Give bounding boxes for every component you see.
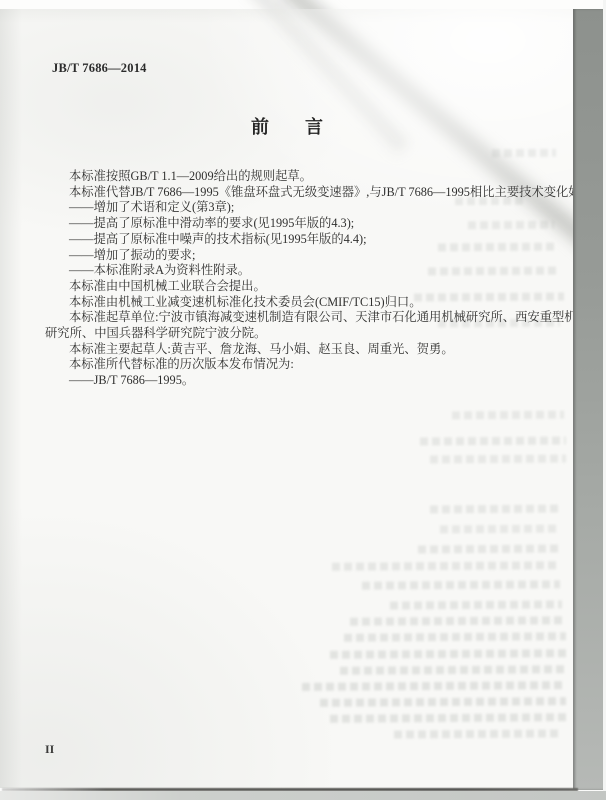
bleed-through-line — [390, 600, 562, 609]
bleed-through-line — [452, 411, 564, 420]
bleed-through-line — [430, 505, 560, 514]
book-edge-shadow — [573, 9, 603, 790]
body-paragraph: 本标准起草单位:宁波市镇海减变速机制造有限公司、天津市石化通用机械研究所、西安重… — [45, 310, 567, 326]
body-paragraph: 本标准按照GB/T 1.1—2009给出的规则起草。 — [45, 169, 567, 185]
bleed-through-line — [344, 632, 566, 642]
foreword-body: 本标准按照GB/T 1.1—2009给出的规则起草。 本标准代替JB/T 768… — [45, 169, 567, 389]
page-title: 前 言 — [0, 113, 574, 139]
bleed-through-line — [320, 697, 566, 707]
bleed-through-line — [330, 713, 566, 723]
scan-background: { "document": { "code": "JB/T 7686—2014"… — [0, 0, 606, 800]
document-page: JB/T 7686—2014 前 言 本标准按照GB/T 1.1—2009给出的… — [0, 9, 574, 788]
body-paragraph: ——JB/T 7686—1995。 — [45, 373, 567, 389]
doc-code: JB/T 7686—2014 — [52, 61, 147, 76]
bleed-through-line — [420, 436, 566, 445]
page-number: II — [45, 742, 54, 757]
bleed-through-line — [340, 665, 568, 675]
body-paragraph: ——本标准附录A为资料性附录。 — [45, 263, 567, 279]
body-paragraph: 本标准所代替标准的历次版本发布情况为: — [45, 357, 567, 373]
bleed-through-line — [492, 149, 556, 157]
bleed-through-line — [330, 649, 568, 659]
body-paragraph: ——增加了术语和定义(第3章); — [45, 200, 567, 216]
bleed-through-line — [418, 545, 560, 554]
bleed-through-line — [362, 580, 560, 589]
body-paragraph: 本标准代替JB/T 7686—1995《锥盘环盘式无级变速器》,与JB/T 76… — [45, 185, 567, 201]
body-paragraph-continuation: 研究所、中国兵器科学研究院宁波分院。 — [45, 326, 567, 342]
bleed-through-line — [394, 729, 562, 738]
body-paragraph: 本标准由中国机械工业联合会提出。 — [45, 279, 567, 295]
body-paragraph: 本标准由机械工业减变速机标准化技术委员会(CMIF/TC15)归口。 — [45, 295, 567, 311]
body-paragraph: ——增加了振动的要求; — [45, 248, 567, 264]
bleed-through-line — [440, 525, 556, 534]
bleed-through-line — [350, 616, 562, 625]
bleed-through-line — [302, 681, 566, 691]
bleed-through-line — [430, 455, 566, 464]
body-paragraph: 本标准主要起草人:黄吉平、詹龙海、马小娟、赵玉良、周重光、贺勇。 — [45, 342, 567, 358]
scanner-bottom-strip — [0, 791, 606, 800]
body-paragraph: ——提高了原标准中噪声的技术指标(见1995年版的4.4); — [45, 232, 567, 248]
body-paragraph: ——提高了原标准中滑动率的要求(见1995年版的4.3); — [45, 216, 567, 232]
bleed-through-line — [332, 561, 560, 571]
